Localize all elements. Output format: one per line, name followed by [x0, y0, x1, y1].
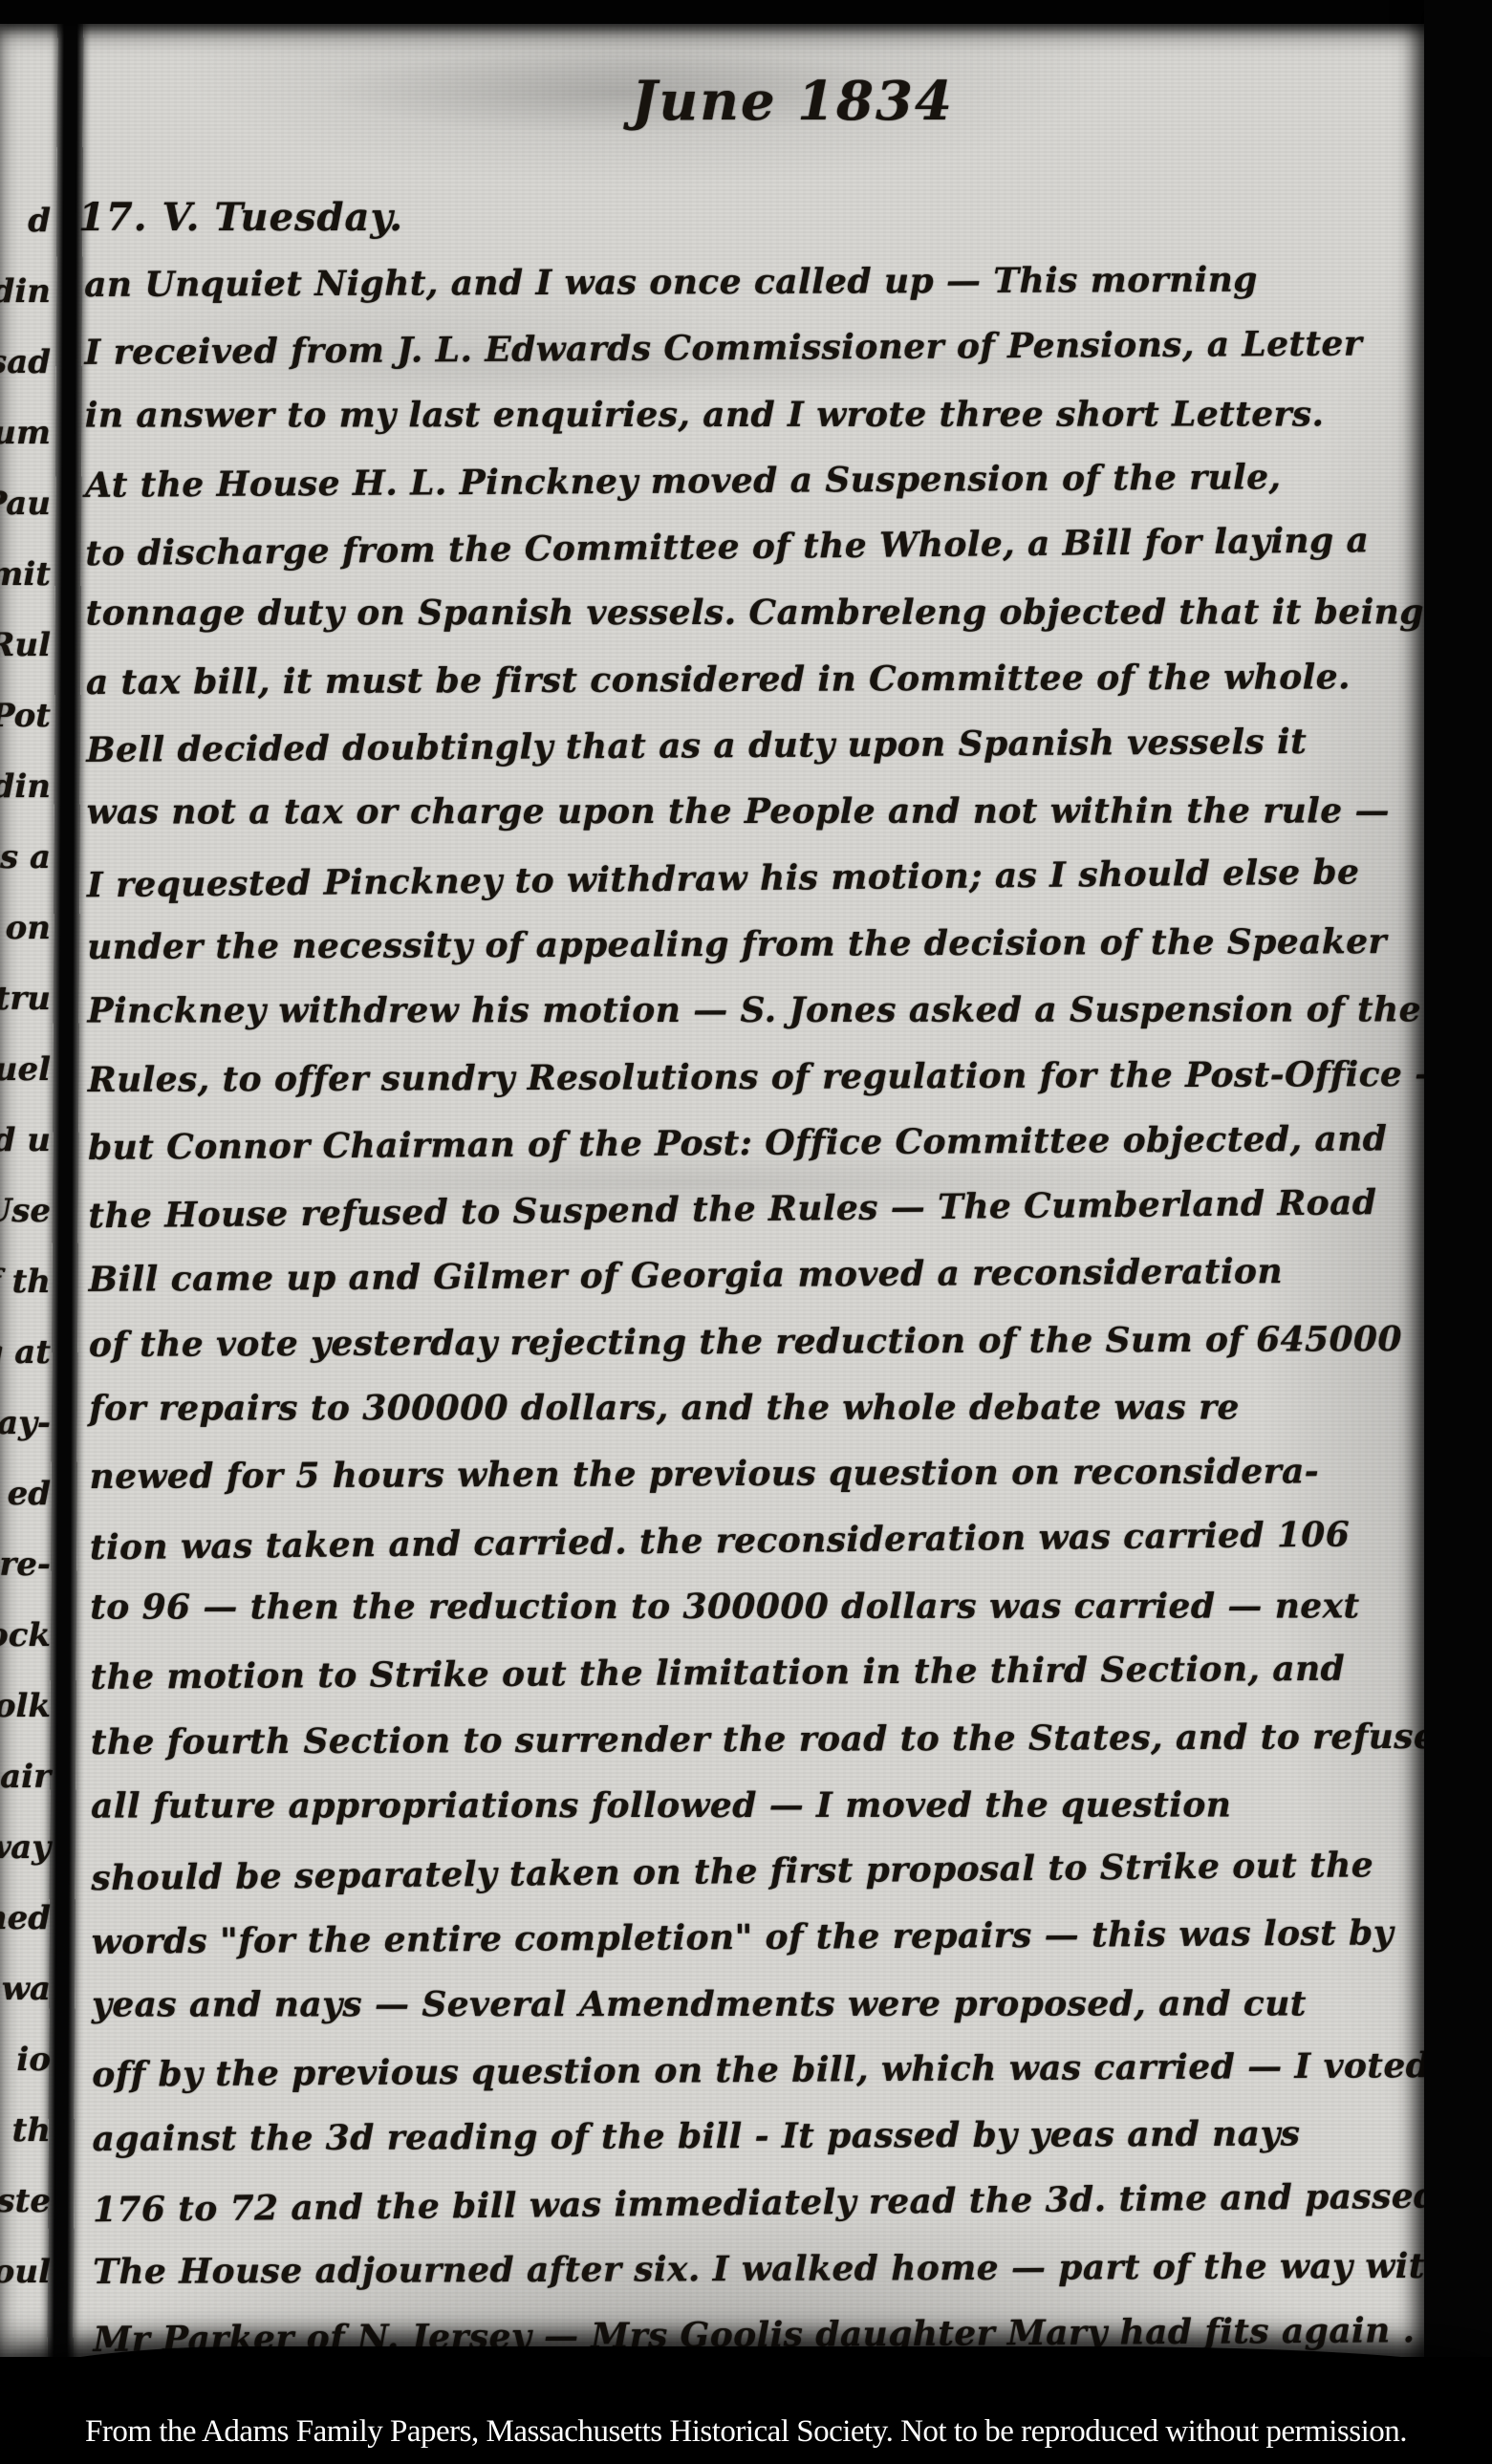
manuscript-line: 176 to 72 and the bill was immediately r… [93, 2163, 1436, 2243]
manuscript-line: a tax bill, it must be first considered … [86, 644, 1428, 716]
entry-lines: an Unquiet Night, and I was once called … [84, 247, 1436, 2372]
manuscript-line: Pinckney withdrew his motion — S. Jones … [87, 978, 1429, 1046]
manuscript-line: an Unquiet Night, and I was once called … [84, 247, 1426, 318]
margin-fragment: sad [0, 346, 51, 378]
margin-fragment: duel [0, 1053, 51, 1086]
margin-fragment: s wa [0, 1973, 51, 2005]
manuscript-line: Bill came up and Gilmer of Georgia moved… [88, 1238, 1430, 1313]
margin-fragment: mit [0, 558, 51, 591]
margin-fragment: d [28, 205, 51, 237]
margin-fragment: ned [0, 1902, 51, 1934]
margin-fragment: Rul [0, 629, 51, 661]
manuscript-line: in answer to my last enquiries, and I wr… [85, 381, 1427, 449]
manuscript-line: all future appropriations followed — I m… [91, 1772, 1433, 1840]
manuscript-scan: June 1834 17. V. Tuesday. an Unquiet Nig… [0, 0, 1492, 2464]
manuscript-line: tion was taken and carried. the reconsid… [90, 1501, 1433, 1581]
margin-fragment: on [6, 912, 51, 944]
manuscript-line: to discharge from the Committee of the W… [85, 508, 1428, 588]
manuscript-line: under the necessity of appealing from th… [87, 909, 1429, 981]
manuscript-line: the motion to Strike out the limitation … [90, 1635, 1432, 1711]
manuscript-line: against the 3d reading of the bill - It … [92, 2101, 1434, 2172]
margin-fragment: iste [0, 2185, 51, 2217]
manuscript-line: of the vote yesterday rejecting the redu… [89, 1307, 1431, 1378]
manuscript-line: to 96 — then the reduction to 300000 dol… [90, 1573, 1432, 1641]
manuscript-line: yeas and nays — Several Amendments were … [92, 1971, 1434, 2039]
margin-fragment: io [16, 2043, 51, 2076]
manuscript-line: the House refused to Suspend the Rules —… [88, 1170, 1431, 1250]
caption-text: From the Adams Family Papers, Massachuse… [85, 2410, 1407, 2453]
margin-fragment: Use [0, 1195, 51, 1227]
right-frame [1424, 0, 1492, 2464]
manuscript-line: but Connor Chairman of the Post: Office … [88, 1106, 1430, 1181]
manuscript-line: words "for the entire completion" of the… [91, 1900, 1433, 1976]
margin-fragment: um [0, 417, 51, 449]
margin-fragment: of th [0, 1265, 51, 1298]
margin-fragment: day- [0, 1407, 51, 1439]
margin-fragment: Pot [0, 700, 51, 732]
margin-fragment: r way [0, 1831, 51, 1864]
top-frame [0, 0, 1492, 24]
page-paper: June 1834 17. V. Tuesday. an Unquiet Nig… [0, 21, 1433, 2359]
margin-fragment: ed u [0, 1124, 51, 1156]
margin-fragment: din [0, 275, 51, 308]
facing-page-fragments: ddinsadumPaumitRulPotdinles aonstruduele… [0, 21, 54, 2359]
margin-fragment: les a [0, 841, 51, 874]
margin-fragment: re- [0, 1548, 51, 1581]
margin-fragment: g at [0, 1336, 51, 1369]
page-header: June 1834 [153, 75, 1433, 128]
margin-fragment: din [0, 770, 51, 803]
manuscript-line: I requested Pinckney to withdraw his mot… [87, 838, 1430, 919]
manuscript-line: was not a tax or charge upon the People … [87, 779, 1429, 847]
margin-fragment: air [0, 1761, 51, 1793]
margin-fragment: u th [0, 2114, 51, 2147]
margin-fragment: Pau [0, 487, 51, 520]
manuscript-line: I received from J. L. Edwards Commission… [84, 311, 1426, 386]
entry-date-label: 17. V. Tuesday. [78, 199, 403, 237]
margin-fragment: clock [0, 1619, 51, 1652]
manuscript-line: newed for 5 hours when the previous ques… [89, 1438, 1431, 1510]
manuscript-line: the fourth Section to surrender the road… [91, 1703, 1433, 1775]
manuscript-line: Rules, to offer sundry Resolutions of re… [88, 1041, 1430, 1113]
manuscript-line: tonnage duty on Spanish vessels. Cambrel… [86, 580, 1428, 648]
margin-fragment: oul [0, 2256, 51, 2288]
manuscript-line: Bell decided doubtingly that as a duty u… [86, 708, 1428, 784]
manuscript-line: At the House H. L. Pinckney moved a Susp… [85, 443, 1427, 519]
margin-fragment: stru [0, 983, 51, 1015]
manuscript-line: should be separately taken on the first … [91, 1832, 1434, 1913]
caption-bar: From the Adams Family Papers, Massachuse… [0, 2357, 1492, 2464]
manuscript-line: off by the previous question on the bill… [92, 2033, 1434, 2108]
manuscript-line: for repairs to 300000 dollars, and the w… [89, 1374, 1431, 1442]
margin-fragment: Polk [0, 1690, 51, 1722]
manuscript-line: The House adjourned after six. I walked … [93, 2234, 1435, 2305]
margin-fragment: ed [8, 1478, 51, 1510]
